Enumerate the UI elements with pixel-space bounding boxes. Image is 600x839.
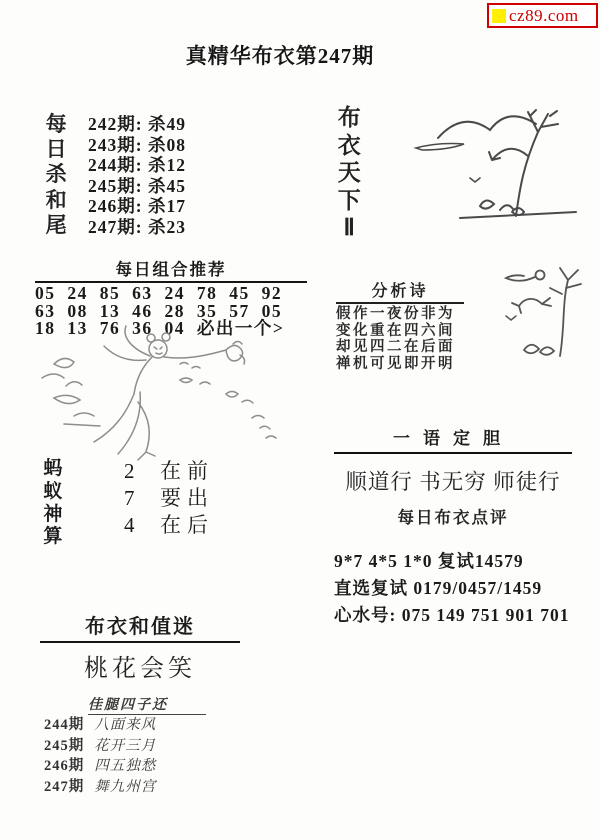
history-period: 245期 [44, 738, 84, 754]
page-title: 真精华布衣第247期 [0, 40, 560, 70]
yuding-subtitle: 每日布衣点评 [334, 496, 572, 528]
analysis-poem-section: 分析诗 假作一夜份非为 变化重在四六间 却见四二在后面 禅机可见即开明 [336, 278, 464, 372]
branch-and-bird-sketch [462, 264, 584, 364]
tianxia-vertical-label: 布衣天下Ⅱ [336, 104, 362, 242]
history-section: 佳腿四子还 244期八面来风 245期花开三月 246期四五独愁 247期舞九州… [44, 694, 264, 797]
poem-line: 变化重在四六间 [336, 323, 464, 340]
kill-row: 245期: 杀45 [88, 176, 186, 197]
kill-row: 247期: 杀23 [88, 217, 186, 238]
ant-text: 在后 [160, 512, 214, 539]
kill-row: 246期: 杀17 [88, 196, 186, 217]
history-text: 花开三月 [94, 738, 156, 754]
history-period: 246期 [44, 758, 84, 774]
hezhi-answer: 桃花会笑 [40, 643, 240, 683]
kill-row: 242期: 杀49 [88, 114, 186, 135]
ant-vertical-label: 蚂蚁神算 [42, 458, 64, 549]
kill-row: 243期: 杀08 [88, 135, 186, 156]
ant-row: 4 在后 [124, 512, 214, 539]
history-row: 247期舞九州宫 [44, 777, 264, 798]
kill-row: 244期: 杀12 [88, 155, 186, 176]
history-text: 舞九州宫 [94, 779, 156, 795]
yuding-section: 一语定胆 顺道行 书无穷 师徒行 每日布衣点评 [334, 424, 572, 528]
ant-number: 2 [124, 458, 160, 485]
daily-kill-vertical-label: 每日杀和尾 [44, 112, 68, 238]
yuding-title: 一语定胆 [334, 424, 572, 454]
combo-title: 每日组合推荐 [35, 256, 307, 283]
daily-kill-rows: 242期: 杀49 243期: 杀08 244期: 杀12 245期: 杀45 … [88, 114, 186, 237]
picks-block: 9*7 4*5 1*0 复试14579 直选复试 0179/0457/1459 … [334, 548, 569, 629]
picks-line-fushi: 9*7 4*5 1*0 复试14579 [334, 548, 569, 575]
picks-line-zhixuan: 直选复试 0179/0457/1459 [334, 575, 569, 602]
lottery-tip-sheet: cz89.com 真精华布衣第247期 每日杀和尾 242期: 杀49 243期… [0, 0, 600, 839]
combo-row: 05 24 85 63 24 78 45 92 [35, 285, 307, 303]
picks-line-xinshui: 心水号: 075 149 751 901 701 [334, 602, 569, 629]
ant-text: 要出 [160, 485, 214, 512]
ant-text: 在前 [160, 458, 214, 485]
history-row: 246期四五独愁 [44, 756, 264, 777]
hezhi-title: 布衣和值迷 [40, 610, 240, 643]
yellow-square-icon [492, 9, 506, 23]
poem-line: 禅机可见即开明 [336, 356, 464, 373]
history-row: 245期花开三月 [44, 736, 264, 757]
ant-number: 7 [124, 485, 160, 512]
poem-title: 分析诗 [336, 278, 464, 304]
history-title: 佳腿四子还 [88, 694, 206, 715]
site-logo-link[interactable]: cz89.com [487, 3, 598, 28]
history-period: 247期 [44, 779, 84, 795]
ant-row: 7 要出 [124, 485, 214, 512]
ant-rows: 2 在前 7 要出 4 在后 [124, 458, 214, 539]
site-logo-text: cz89.com [509, 6, 579, 26]
history-text: 四五独愁 [94, 758, 156, 774]
hezhi-section: 布衣和值迷 桃花会笑 [40, 610, 240, 683]
history-period: 244期 [44, 717, 84, 733]
poem-line: 假作一夜份非为 [336, 306, 464, 323]
flying-fairy-sketch [30, 322, 315, 467]
history-row: 244期八面来风 [44, 715, 264, 736]
ant-row: 2 在前 [124, 458, 214, 485]
poem-line: 却见四二在后面 [336, 339, 464, 356]
tree-and-birds-sketch [408, 100, 583, 222]
yuding-phrase: 顺道行 书无穷 师徒行 [334, 454, 572, 496]
poem-lines: 假作一夜份非为 变化重在四六间 却见四二在后面 禅机可见即开明 [336, 304, 464, 372]
ant-number: 4 [124, 512, 160, 539]
history-text: 八面来风 [94, 717, 156, 733]
